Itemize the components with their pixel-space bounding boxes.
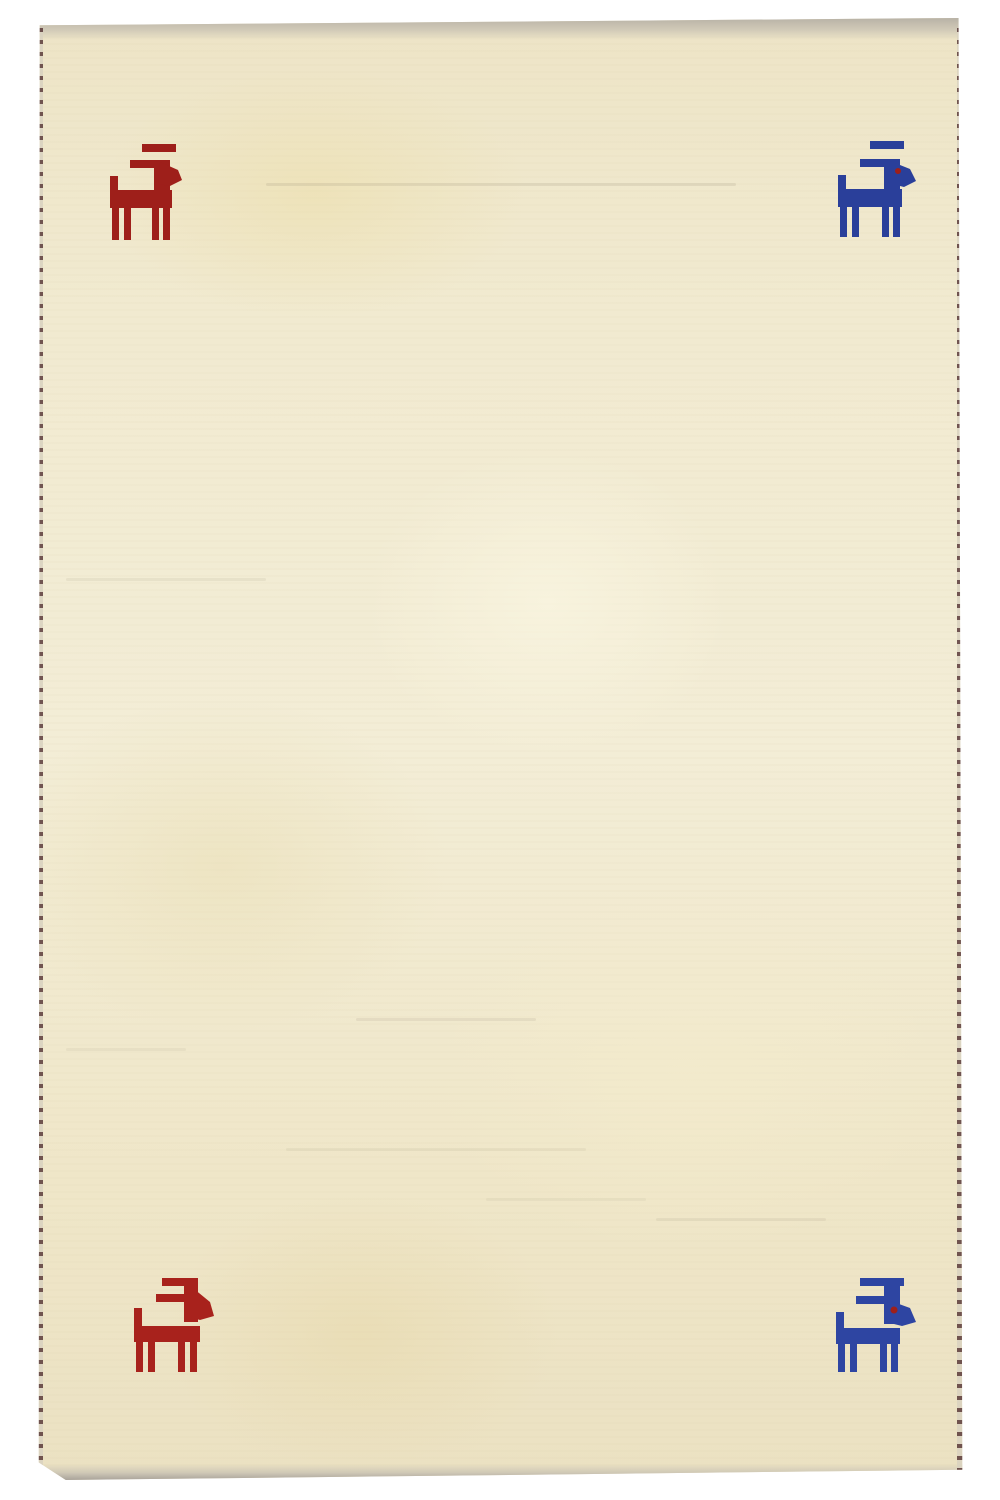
goat-motif-top-left-icon — [96, 140, 188, 248]
goat-icon — [126, 1272, 218, 1380]
rug-top-fringe-edge — [36, 18, 966, 40]
rug-right-overcast-binding — [957, 28, 964, 1470]
goat-icon — [96, 140, 188, 248]
goat-icon — [828, 1270, 920, 1378]
goat-motif-top-right-icon — [830, 135, 922, 243]
goat-motif-bottom-left-icon — [126, 1272, 218, 1380]
goat-motif-bottom-right-icon — [828, 1270, 920, 1378]
wool-streak — [286, 1148, 586, 1151]
wool-streak — [266, 183, 736, 186]
goat-icon — [830, 135, 922, 243]
wool-streak — [356, 1018, 536, 1021]
rug-bottom-fringe-edge — [36, 1464, 966, 1480]
wool-streak — [486, 1198, 646, 1201]
wool-streak — [656, 1218, 826, 1221]
rug-left-overcast-binding — [38, 28, 43, 1470]
product-photo — [0, 0, 1000, 1500]
wool-streak — [66, 1048, 186, 1051]
wool-streak — [66, 578, 266, 581]
